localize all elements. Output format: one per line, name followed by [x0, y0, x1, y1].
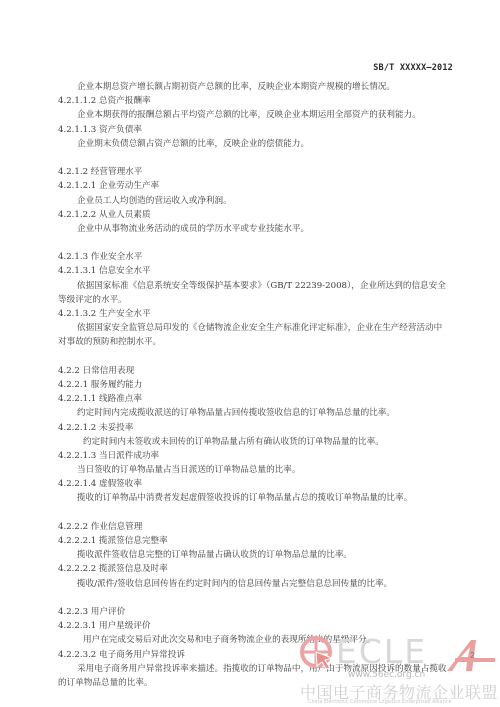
paragraph-continuation: 对事故的预防和控制水平。 [58, 335, 452, 349]
section-heading: 4.2.1.3.2 生产安全水平 [58, 307, 452, 321]
standard-code: SB/T XXXXX—2012 [373, 63, 453, 73]
section-heading: 4.2.1.2 经营管理水平 [58, 165, 452, 179]
paragraph-text: 依据国家安全监管总局印发的《仓储物流企业安全生产标准化评定标准》，企业在生产经营… [58, 321, 452, 335]
page-number: 2 [470, 651, 475, 660]
paragraph-text: 依据国家标准《信息系统安全等级保护基本要求》（GB/T 22239-2008），… [58, 279, 452, 293]
section-heading: 4.2.2.2.2 揽派签信息及时率 [58, 562, 452, 576]
document-body: 企业本期总资产增长额占期初资产总额的比率，反映企业本期资产规模的增长情况。4.2… [58, 80, 452, 690]
section-heading: 4.2.1.2.1 企业劳动生产率 [58, 179, 452, 193]
section-heading: 4.2.2.2.1 揽派签信息完整率 [58, 534, 452, 548]
paragraph-text: 企业员工人均创造的营运收入或净利润。 [58, 194, 452, 208]
section-heading: 4.2.2.1.3 当日派件成功率 [58, 449, 452, 463]
paragraph-text: 揽收/派件/签收信息回传皆在约定时间内的信息回传量占完整信息总回传量的比率。 [58, 577, 452, 591]
watermark-url: www.56ec.org.cn [348, 670, 425, 680]
paragraph-continuation: 等级评定的水平。 [58, 293, 452, 307]
paragraph-text: 约定时间内未签收或未回传的订单物品量占所有确认收货的订单物品量的比率。 [58, 435, 452, 449]
paragraph-text: 企业中从事物流业务活动的成员的学历水平或专业技能水平。 [58, 222, 452, 236]
section-gap [58, 151, 452, 165]
section-heading: 4.2.2.1.4 虚假签收率 [58, 477, 452, 491]
paragraph-text: 揽收的订单物品中消费者发起虚假签收投诉的订单物品量占总的揽收订单物品量的比率。 [58, 491, 452, 505]
section-gap [58, 506, 452, 520]
paragraph-text: 企业期末负债总额占资产总额的比率，反映企业的偿债能力。 [58, 137, 452, 151]
section-heading: 4.2.1.3.1 信息安全水平 [58, 264, 452, 278]
section-heading: 4.2.2.1.2 未妥投率 [58, 421, 452, 435]
section-heading: 4.2.2.3 用户评价 [58, 605, 452, 619]
watermark-logo: ECLE www.56ec.org.cn 中国电子商务物流企业联盟 China … [300, 636, 495, 704]
section-heading: 4.2.2 日常信用表现 [58, 364, 452, 378]
section-gap [58, 236, 452, 250]
section-heading: 4.2.1.1.2 总资产报酬率 [58, 94, 452, 108]
section-heading: 4.2.1.1.3 资产负债率 [58, 123, 452, 137]
section-gap [58, 591, 452, 605]
section-heading: 4.2.2.1 服务履约能力 [58, 378, 452, 392]
globe-cursor-icon [300, 636, 334, 670]
section-heading: 4.2.2.2 作业信息管理 [58, 520, 452, 534]
paragraph-text: 约定时间内完成揽收派送的订单物品量占回传揽收签收信息的订单物品总量的比率。 [58, 406, 452, 420]
paragraph-text: 企业本期获得的报酬总额占平均资产总额的比率，反映企业本期运用全部资产的获利能力。 [58, 108, 452, 122]
paragraph-text: 企业本期总资产增长额占期初资产总额的比率，反映企业本期资产规模的增长情况。 [58, 80, 452, 94]
section-heading: 4.2.1.2.2 从业人员素质 [58, 208, 452, 222]
watermark-name-en: China Electronic Commerce Logistics Ente… [308, 699, 452, 705]
paragraph-text: 揽收派件签收信息完整的订单物品量占确认收货的订单物品总量的比率。 [58, 548, 452, 562]
watermark-letters: ECLE [336, 632, 427, 671]
paragraph-text: 当日签收的订单物品量占当日派送的订单物品总量的比率。 [58, 463, 452, 477]
section-heading: 4.2.1.3 作业安全水平 [58, 250, 452, 264]
section-heading: 4.2.2.1.1 线路准点率 [58, 392, 452, 406]
section-gap [58, 350, 452, 364]
